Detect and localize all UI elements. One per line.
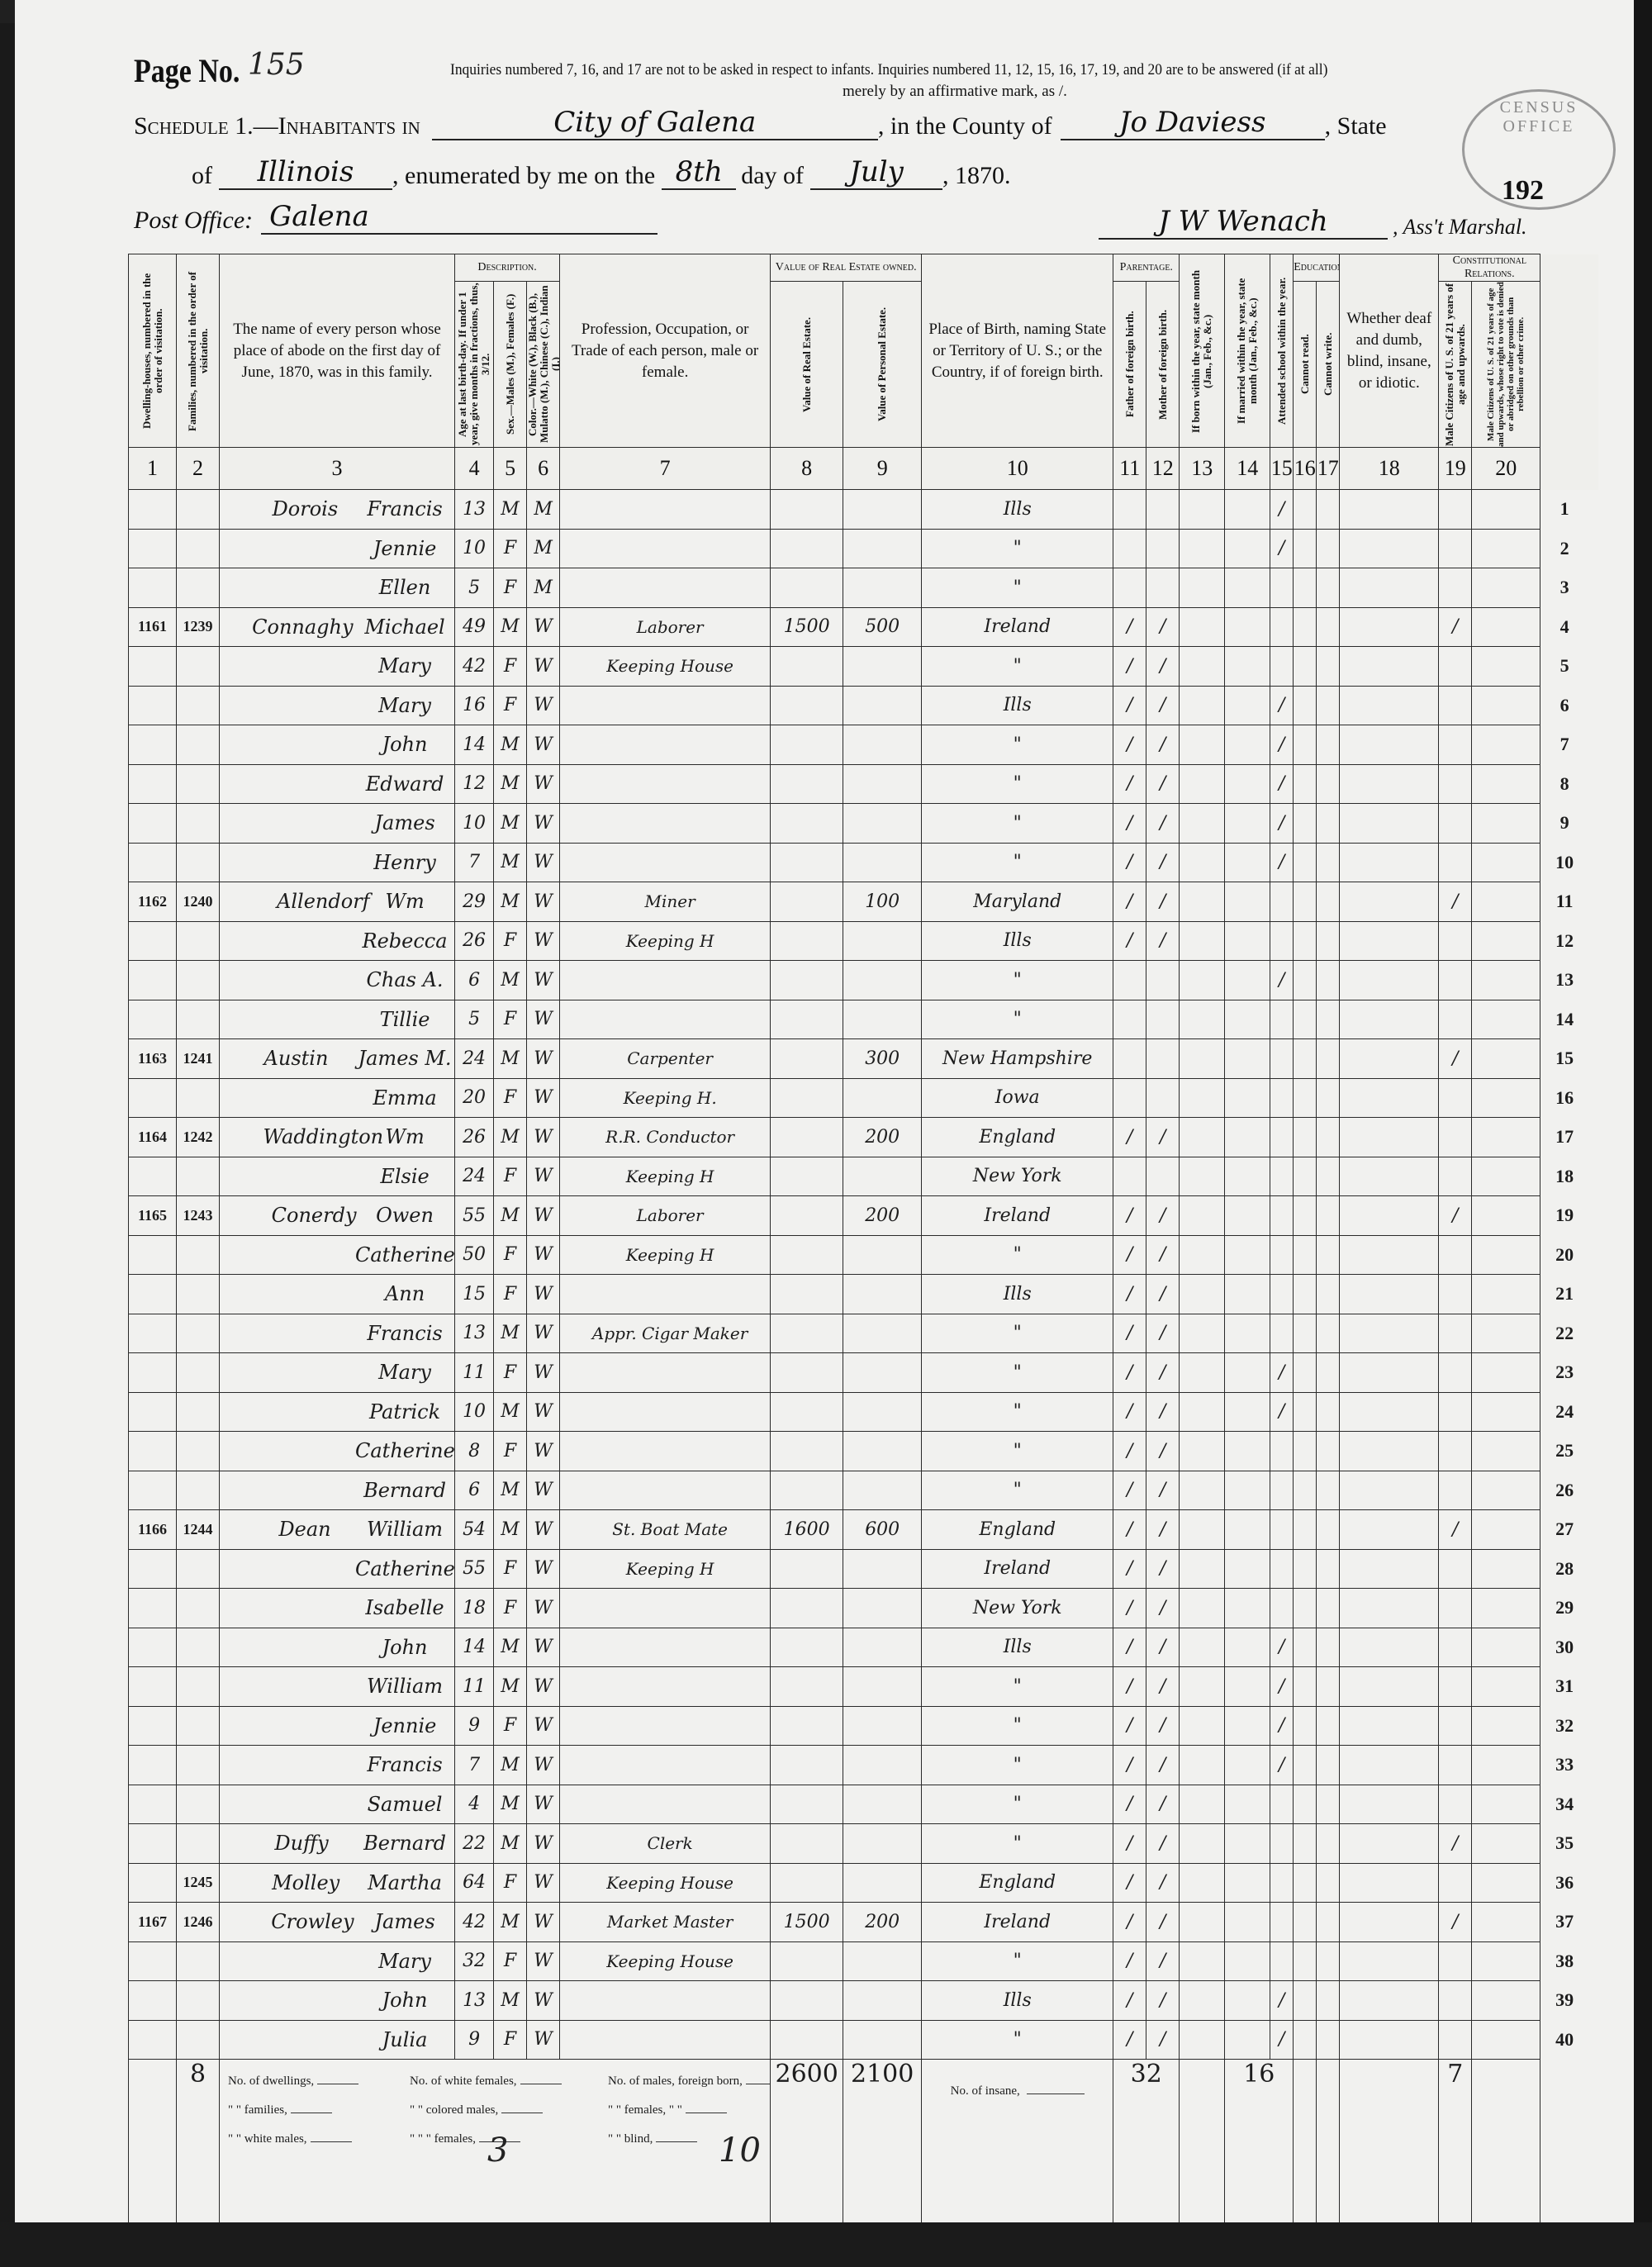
attended-school-mark [1270, 1235, 1294, 1275]
deaf-blind-cell [1340, 1589, 1439, 1628]
line-number: 13 [1540, 961, 1598, 1000]
cannot-read-cell [1294, 1078, 1317, 1118]
male-citizen-mark [1439, 1863, 1472, 1903]
birthplace-cell: " [922, 1471, 1113, 1510]
age-cell: 16 [455, 686, 494, 725]
family-number [177, 1314, 220, 1353]
column-number: 5 [494, 448, 527, 490]
deaf-blind-cell [1340, 921, 1439, 961]
real-estate-cell [771, 1078, 843, 1118]
sex-cell: M [494, 843, 527, 882]
personal-estate-cell [843, 1392, 922, 1432]
family-number [177, 1353, 220, 1393]
birthplace-cell: " [922, 647, 1113, 687]
group-header-education: Education. [1294, 254, 1340, 282]
col-header-family: Families, numbered in the order of visit… [177, 254, 220, 448]
real-estate-cell [771, 1863, 843, 1903]
cannot-write-cell [1317, 1981, 1340, 2021]
married-within-year-cell [1225, 1667, 1270, 1707]
dwelling-number: 1164 [129, 1118, 177, 1157]
line-number: 31 [1540, 1667, 1598, 1707]
group-header-parentage: Parentage. [1113, 254, 1180, 282]
attended-school-mark: / [1270, 1392, 1294, 1432]
born-within-year-cell [1180, 764, 1225, 804]
cannot-write-cell [1317, 1196, 1340, 1236]
table-row: Julia9FW"///40 [129, 2020, 1599, 2060]
column-number: 19 [1439, 448, 1472, 490]
born-within-year-cell [1180, 1392, 1225, 1432]
color-cell: W [527, 1667, 560, 1707]
line-number: 34 [1540, 1785, 1598, 1824]
personal-estate-cell [843, 1863, 922, 1903]
color-cell: W [527, 1746, 560, 1785]
sex-cell: F [494, 1941, 527, 1981]
occupation-cell [560, 725, 771, 765]
color-cell: W [527, 1196, 560, 1236]
color-cell: W [527, 1785, 560, 1824]
line-number: 4 [1540, 607, 1598, 647]
occupation-cell [560, 2020, 771, 2060]
vote-denied-cell [1472, 1785, 1540, 1824]
cannot-write-cell [1317, 1824, 1340, 1864]
dwelling-number [129, 1000, 177, 1039]
cannot-write-cell [1317, 1314, 1340, 1353]
place-field: City of Galena [432, 106, 878, 140]
male-citizen-mark [1439, 804, 1472, 844]
cannot-write-cell [1317, 647, 1340, 687]
father-foreign-mark: / [1113, 1941, 1146, 1981]
person-name: ConerdyOwen [220, 1196, 455, 1236]
dwelling-number [129, 1314, 177, 1353]
occupation-cell [560, 1628, 771, 1667]
cannot-write-cell [1317, 1157, 1340, 1196]
col-header-married-within-year: If married within the year, state month … [1225, 254, 1270, 448]
occupation-cell [560, 764, 771, 804]
deaf-blind-cell [1340, 1667, 1439, 1707]
married-within-year-cell [1225, 1471, 1270, 1510]
attended-school-mark [1270, 607, 1294, 647]
personal-estate-cell [843, 1549, 922, 1589]
occupation-cell: Keeping H. [560, 1078, 771, 1118]
occupation-cell: Keeping H [560, 1235, 771, 1275]
attended-school-mark [1270, 1118, 1294, 1157]
age-cell: 50 [455, 1235, 494, 1275]
born-within-year-cell [1180, 1471, 1225, 1510]
sex-cell: M [494, 764, 527, 804]
vote-denied-cell [1472, 490, 1540, 530]
father-foreign-mark: / [1113, 1510, 1146, 1550]
column-number: 12 [1146, 448, 1180, 490]
real-estate-cell [771, 647, 843, 687]
born-within-year-cell [1180, 1235, 1225, 1275]
vote-denied-cell [1472, 1235, 1540, 1275]
year-label: , 1870. [942, 162, 1011, 190]
table-row: 11611239ConnaghyMichael49MWLaborer150050… [129, 607, 1599, 647]
real-estate-cell [771, 1785, 843, 1824]
deaf-blind-cell [1340, 1196, 1439, 1236]
married-within-year-cell [1225, 568, 1270, 608]
married-within-year-cell [1225, 2020, 1270, 2060]
col-header-mother-foreign: Mother of foreign birth. [1146, 282, 1180, 448]
line-number: 19 [1540, 1196, 1598, 1236]
bottom-tally-2: 10 [719, 2132, 761, 2170]
male-citizen-mark [1439, 1706, 1472, 1746]
father-foreign-mark [1113, 568, 1146, 608]
vote-denied-cell [1472, 1863, 1540, 1903]
color-cell: W [527, 607, 560, 647]
real-estate-cell [771, 686, 843, 725]
line-number: 29 [1540, 1589, 1598, 1628]
attended-school-mark [1270, 1039, 1294, 1079]
real-estate-cell [771, 1039, 843, 1079]
born-within-year-cell [1180, 529, 1225, 568]
male-citizen-mark: / [1439, 1039, 1472, 1079]
personal-estate-cell [843, 490, 922, 530]
color-cell: W [527, 1353, 560, 1393]
father-foreign-mark: / [1113, 843, 1146, 882]
age-cell: 42 [455, 1903, 494, 1942]
occupation-cell: Keeping House [560, 1941, 771, 1981]
vote-denied-cell [1472, 529, 1540, 568]
sex-cell: F [494, 1157, 527, 1196]
person-name: MolleyMartha [220, 1863, 455, 1903]
line-number: 15 [1540, 1039, 1598, 1079]
deaf-blind-cell [1340, 843, 1439, 882]
male-citizen-mark [1439, 1275, 1472, 1314]
mother-foreign-mark: / [1146, 1235, 1180, 1275]
table-row: Emma20FWKeeping H.Iowa16 [129, 1078, 1599, 1118]
cannot-read-cell [1294, 686, 1317, 725]
surname: Conerdy [252, 1204, 376, 1227]
mother-foreign-mark [1146, 961, 1180, 1000]
birthplace-cell: Ireland [922, 607, 1113, 647]
real-estate-cell [771, 1118, 843, 1157]
given-name: Wm [385, 890, 424, 913]
cannot-read-cell [1294, 921, 1317, 961]
born-within-year-cell [1180, 1510, 1225, 1550]
person-name: Mary [220, 1353, 455, 1393]
real-estate-cell: 1500 [771, 1903, 843, 1942]
given-name: Mary [378, 694, 431, 717]
table-row: John13MWIlls///39 [129, 1981, 1599, 2021]
cannot-read-cell [1294, 1392, 1317, 1432]
father-foreign-mark: / [1113, 1706, 1146, 1746]
person-name: Mary [220, 686, 455, 725]
deaf-blind-cell [1340, 1471, 1439, 1510]
county-field: Jo Daviess [1061, 106, 1325, 140]
mother-foreign-mark: / [1146, 1118, 1180, 1157]
born-within-year-cell [1180, 1314, 1225, 1353]
col-header-occupation: Profession, Occupation, or Trade of each… [560, 254, 771, 448]
occupation-cell [560, 568, 771, 608]
male-citizen-mark [1439, 1746, 1472, 1785]
sex-cell: M [494, 804, 527, 844]
mother-foreign-mark: / [1146, 1981, 1180, 2021]
col-header-born-within-year: If born within the year, state month (Ja… [1180, 254, 1225, 448]
occupation-cell: Keeping House [560, 1863, 771, 1903]
color-cell: W [527, 1471, 560, 1510]
dwelling-number: 1161 [129, 607, 177, 647]
sex-cell: M [494, 882, 527, 922]
mother-foreign-mark [1146, 1157, 1180, 1196]
age-cell: 55 [455, 1549, 494, 1589]
person-name: Mary [220, 647, 455, 687]
table-row: Henry7MW"///10 [129, 843, 1599, 882]
column-number-row: 1234567891011121314151617181920 [129, 448, 1599, 490]
table-row: Elsie24FWKeeping HNew York18 [129, 1157, 1599, 1196]
cannot-read-cell [1294, 1941, 1317, 1981]
table-row: Mary11FW"///23 [129, 1353, 1599, 1393]
mother-foreign-mark: / [1146, 1196, 1180, 1236]
real-estate-cell [771, 1706, 843, 1746]
given-name: Mary [378, 1950, 431, 1973]
person-name: John [220, 1981, 455, 2021]
sex-cell: M [494, 1903, 527, 1942]
real-estate-cell [771, 1000, 843, 1039]
occupation-cell: Clerk [560, 1824, 771, 1864]
deaf-blind-cell [1340, 1314, 1439, 1353]
state-label: , State [1325, 112, 1387, 140]
vote-denied-cell [1472, 1706, 1540, 1746]
cannot-write-cell [1317, 921, 1340, 961]
married-within-year-cell [1225, 1510, 1270, 1550]
real-estate-cell [771, 961, 843, 1000]
mother-foreign-mark: / [1146, 882, 1180, 922]
mother-foreign-mark: / [1146, 686, 1180, 725]
father-foreign-mark: / [1113, 804, 1146, 844]
given-name: Owen [376, 1204, 434, 1227]
cannot-read-cell [1294, 1000, 1317, 1039]
dwelling-number [129, 1746, 177, 1785]
married-within-year-cell [1225, 1941, 1270, 1981]
father-foreign-mark: / [1113, 1275, 1146, 1314]
cannot-read-cell [1294, 882, 1317, 922]
person-name: Henry [220, 843, 455, 882]
of-label: of [192, 162, 212, 190]
family-number [177, 686, 220, 725]
age-cell: 54 [455, 1510, 494, 1550]
male-citizen-mark: / [1439, 1510, 1472, 1550]
cannot-read-cell [1294, 490, 1317, 530]
male-citizen-mark: / [1439, 1824, 1472, 1864]
given-name: Jennie [373, 1714, 437, 1737]
person-name: Bernard [220, 1471, 455, 1510]
personal-estate-cell [843, 1746, 922, 1785]
cannot-read-cell [1294, 1118, 1317, 1157]
sex-cell: F [494, 1000, 527, 1039]
male-citizen-mark [1439, 961, 1472, 1000]
surname: Dorois [243, 497, 367, 520]
vote-denied-cell [1472, 764, 1540, 804]
born-within-year-cell [1180, 686, 1225, 725]
family-number [177, 1471, 220, 1510]
col-header-male-citizen: Male Citizens of U. S. of 21 years of ag… [1439, 282, 1472, 448]
real-estate-cell: 1600 [771, 1510, 843, 1550]
sex-cell: F [494, 529, 527, 568]
age-cell: 18 [455, 1589, 494, 1628]
given-name: Michael [364, 615, 444, 639]
age-cell: 15 [455, 1275, 494, 1314]
married-within-year-cell [1225, 1432, 1270, 1471]
dwelling-number [129, 1589, 177, 1628]
father-foreign-mark: / [1113, 647, 1146, 687]
deaf-blind-cell [1340, 725, 1439, 765]
col-header-father-foreign: Father of foreign birth. [1113, 282, 1146, 448]
family-number [177, 1706, 220, 1746]
real-estate-cell [771, 1628, 843, 1667]
table-row: Ellen5FM"3 [129, 568, 1599, 608]
cannot-write-cell [1317, 961, 1340, 1000]
male-citizen-mark [1439, 1667, 1472, 1707]
male-citizen-mark [1439, 1235, 1472, 1275]
cannot-read-cell [1294, 529, 1317, 568]
table-row: Catherine55FWKeeping HIreland//28 [129, 1549, 1599, 1589]
col-header-age: Age at last birth-day. If under 1 year, … [455, 282, 494, 448]
father-foreign-mark: / [1113, 1863, 1146, 1903]
family-number: 1244 [177, 1510, 220, 1550]
real-estate-cell [771, 1235, 843, 1275]
attended-school-mark [1270, 1432, 1294, 1471]
attended-school-mark [1270, 1078, 1294, 1118]
personal-estate-cell [843, 1824, 922, 1864]
county-label: , in the County of [878, 112, 1052, 140]
surname: Waddington [261, 1125, 385, 1148]
bottom-tally-1: 3 [487, 2132, 508, 2170]
col-header-dwelling: Dwelling-houses, numbered in the order o… [129, 254, 177, 448]
father-foreign-mark: / [1113, 1196, 1146, 1236]
dwelling-number: 1162 [129, 882, 177, 922]
mother-foreign-mark: / [1146, 1589, 1180, 1628]
occupation-cell: Keeping H [560, 1157, 771, 1196]
real-estate-cell [771, 490, 843, 530]
birthplace-cell: Maryland [922, 882, 1113, 922]
mother-foreign-mark: / [1146, 1392, 1180, 1432]
real-estate-cell [771, 1941, 843, 1981]
table-row: Mary16FWIlls///6 [129, 686, 1599, 725]
cannot-read-cell [1294, 1157, 1317, 1196]
column-number: 11 [1113, 448, 1146, 490]
line-number: 10 [1540, 843, 1598, 882]
birthplace-cell: Ills [922, 1275, 1113, 1314]
age-cell: 11 [455, 1353, 494, 1393]
cannot-read-cell [1294, 1785, 1317, 1824]
birthplace-cell: Ills [922, 686, 1113, 725]
personal-estate-cell [843, 921, 922, 961]
attended-school-mark: / [1270, 961, 1294, 1000]
cannot-write-cell [1317, 1039, 1340, 1079]
col-header-cannot-read: Cannot read. [1294, 282, 1317, 448]
vote-denied-cell [1472, 1078, 1540, 1118]
color-cell: W [527, 1275, 560, 1314]
vote-denied-cell [1472, 1275, 1540, 1314]
color-cell: M [527, 568, 560, 608]
cannot-read-cell [1294, 647, 1317, 687]
born-within-year-cell [1180, 1785, 1225, 1824]
male-citizen-mark: / [1439, 1196, 1472, 1236]
person-name: Isabelle [220, 1589, 455, 1628]
married-within-year-cell [1225, 1078, 1270, 1118]
mother-foreign-mark: / [1146, 1275, 1180, 1314]
age-cell: 24 [455, 1039, 494, 1079]
person-name: AllendorfWm [220, 882, 455, 922]
family-number [177, 1157, 220, 1196]
birthplace-cell: Ills [922, 1981, 1113, 2021]
cannot-read-cell [1294, 1471, 1317, 1510]
mother-foreign-mark: / [1146, 1863, 1180, 1903]
cannot-read-cell [1294, 1706, 1317, 1746]
person-name: WaddingtonWm [220, 1118, 455, 1157]
age-cell: 14 [455, 1628, 494, 1667]
occupation-cell: R.R. Conductor [560, 1118, 771, 1157]
cannot-read-cell [1294, 1196, 1317, 1236]
personal-estate-cell: 200 [843, 1118, 922, 1157]
occupation-cell: Keeping H [560, 921, 771, 961]
line-number: 23 [1540, 1353, 1598, 1393]
birthplace-cell: " [922, 1000, 1113, 1039]
given-name: Catherine [355, 1243, 455, 1267]
occupation-cell: Laborer [560, 607, 771, 647]
dwelling-number [129, 804, 177, 844]
birthplace-cell: Ills [922, 490, 1113, 530]
born-within-year-cell [1180, 1589, 1225, 1628]
dwelling-number [129, 1392, 177, 1432]
sex-cell: M [494, 1746, 527, 1785]
deaf-blind-cell [1340, 1157, 1439, 1196]
occupation-cell [560, 1000, 771, 1039]
group-header-constitutional: Constitutional Relations. [1439, 254, 1540, 282]
col-header-deaf-blind: Whether deaf and dumb, blind, insane, or… [1340, 254, 1439, 448]
column-number: 7 [560, 448, 771, 490]
married-within-year-cell [1225, 1981, 1270, 2021]
real-estate-cell [771, 529, 843, 568]
color-cell: W [527, 1549, 560, 1589]
age-cell: 7 [455, 843, 494, 882]
cannot-write-cell [1317, 1785, 1340, 1824]
line-number: 14 [1540, 1000, 1598, 1039]
cannot-write-cell [1317, 529, 1340, 568]
line-number: 18 [1540, 1157, 1598, 1196]
attended-school-mark: / [1270, 1706, 1294, 1746]
mother-foreign-mark [1146, 1078, 1180, 1118]
table-row: 1245MolleyMartha64FWKeeping HouseEngland… [129, 1863, 1599, 1903]
mother-foreign-mark: / [1146, 1824, 1180, 1864]
vote-denied-cell [1472, 1000, 1540, 1039]
occupation-cell: Laborer [560, 1196, 771, 1236]
occupation-cell: Appr. Cigar Maker [560, 1314, 771, 1353]
sex-cell: M [494, 725, 527, 765]
personal-estate-cell [843, 686, 922, 725]
mother-foreign-mark: / [1146, 1941, 1180, 1981]
married-within-year-cell [1225, 1903, 1270, 1942]
col-header-personal-estate: Value of Personal Estate. [843, 282, 922, 448]
attended-school-mark: / [1270, 490, 1294, 530]
occupation-cell [560, 1785, 771, 1824]
real-estate-cell [771, 804, 843, 844]
born-within-year-cell [1180, 882, 1225, 922]
birthplace-cell: " [922, 1432, 1113, 1471]
vote-denied-cell [1472, 686, 1540, 725]
color-cell: W [527, 1235, 560, 1275]
family-number: 1245 [177, 1863, 220, 1903]
father-foreign-mark: / [1113, 1392, 1146, 1432]
deaf-blind-cell [1340, 1392, 1439, 1432]
line-number: 30 [1540, 1628, 1598, 1667]
male-citizen-mark [1439, 1078, 1472, 1118]
cannot-write-cell [1317, 1392, 1340, 1432]
male-citizen-mark [1439, 764, 1472, 804]
mother-foreign-mark: / [1146, 764, 1180, 804]
census-table: Dwelling-houses, numbered in the order o… [128, 254, 1598, 2234]
